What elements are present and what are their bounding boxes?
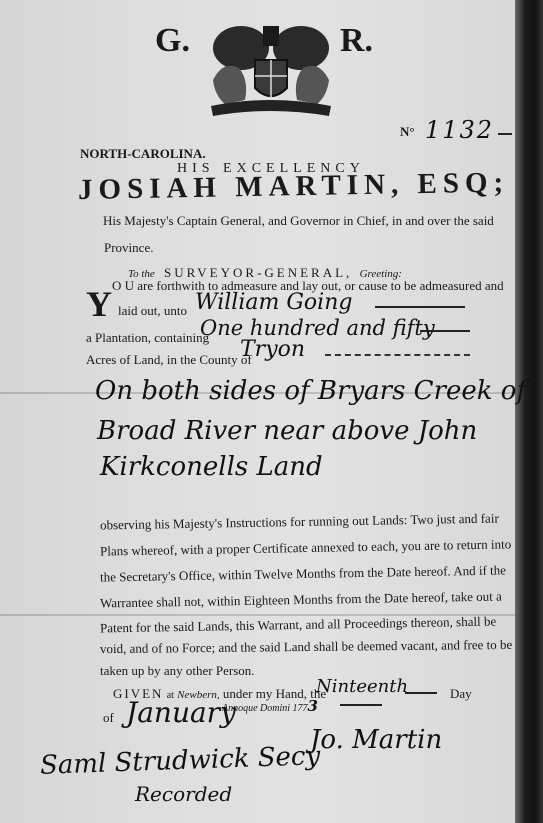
dash-mark xyxy=(498,133,512,135)
fill-line xyxy=(420,330,470,332)
warrant-line-3-prefix: a Plantation, containing xyxy=(86,330,209,346)
warrant-number: 1132 xyxy=(425,116,494,144)
page-binding-edge xyxy=(515,0,543,823)
fill-line xyxy=(325,354,470,356)
anno-domini-line: Annoque Domini 1773 xyxy=(222,697,318,715)
fill-line xyxy=(340,704,382,706)
day-label: Day xyxy=(450,686,472,702)
drop-cap: Y xyxy=(86,283,112,325)
warrant-line-4-prefix: Acres of Land, in the County of xyxy=(86,352,252,368)
warrant-line-2-prefix: laid out, unto xyxy=(118,303,187,319)
governor-signature: Jo. Martin xyxy=(310,725,442,755)
office-line-2: Province. xyxy=(104,240,153,256)
instruction-line: taken up by any other Person. xyxy=(100,663,255,679)
location-line-2: Broad River near above John xyxy=(97,416,477,446)
day-value: Ninteenth xyxy=(316,676,408,697)
year-digit: 3 xyxy=(308,697,318,715)
initial-g: G. xyxy=(155,22,190,60)
acreage-value: One hundred and fifty xyxy=(200,316,435,340)
county-value: Tryon xyxy=(240,337,305,362)
office-line-1: His Majesty's Captain General, and Gover… xyxy=(103,213,494,229)
month-value: January xyxy=(126,696,236,729)
grantee-name: William Going xyxy=(195,290,352,315)
recorded-note: Recorded xyxy=(135,782,232,806)
province-heading: NORTH-CAROLINA. xyxy=(80,146,206,162)
warrant-number-label: N° xyxy=(400,124,415,140)
anno-label: Annoque Domini 177 xyxy=(222,703,308,714)
fill-line xyxy=(405,692,437,694)
fill-line xyxy=(375,306,465,308)
location-line-1: On both sides of Bryars Creek of xyxy=(95,376,526,406)
of-label: of xyxy=(103,710,114,726)
initial-r: R. xyxy=(340,22,373,60)
royal-crest-icon xyxy=(205,20,337,120)
location-line-3: Kirkconells Land xyxy=(100,452,323,482)
